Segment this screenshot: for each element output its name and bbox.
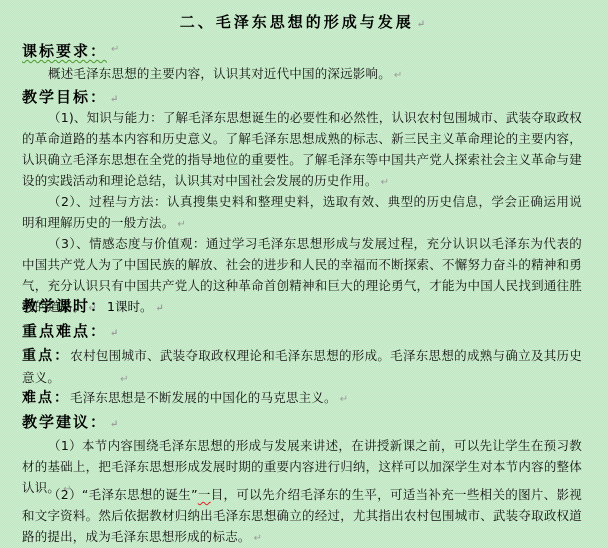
paragraph-mark-icon: ↵ <box>110 94 120 105</box>
document-page: 二、毛泽东思想的形成与发展↵ 课标要求： ↵ 概述毛泽东思想的主要内容，认识其对… <box>0 0 608 548</box>
objective-text: （2）、过程与方法：认真搜集史料和整理史料，选取有效、典型的历史信息，学会正确运… <box>22 194 582 230</box>
document-title: 二、毛泽东思想的形成与发展↵ <box>0 11 608 32</box>
paragraph-mark-icon: ↵ <box>120 374 129 385</box>
curriculum-text-content: 概述毛泽东思想的主要内容，认识其对近代中国的深远影响。 <box>48 66 391 81</box>
focus-text: 农村包围城市、武装夺取政权理论和毛泽东思想的形成。毛泽东思想的成熟与确立及其历史… <box>22 348 582 385</box>
suggestions-heading-text: 教学建议： <box>22 413 107 431</box>
paragraph-mark-icon: ↵ <box>155 303 165 314</box>
curriculum-text: 概述毛泽东思想的主要内容，认识其对近代中国的深远影响。↵ <box>22 63 582 86</box>
paragraph-mark-icon: ↵ <box>254 533 263 544</box>
suggestion-item-2: （2）“毛泽东思想的诞生”一目，可以先介绍毛泽东的生平，可适当补充一些相关的图片… <box>22 484 582 548</box>
objective-text: （1)、知识与能力：了解毛泽东思想诞生的必要性和必然性，认识农村包围城市、武装夺… <box>22 110 582 188</box>
focus-paragraph: 重点：农村包围城市、武装夺取政权理论和毛泽东思想的形成。毛泽东思想的成熟与确立及… <box>22 345 582 390</box>
objectives-heading: 教学目标：↵ <box>22 86 120 107</box>
focus-label: 重点： <box>22 348 70 364</box>
spellcheck-marked-text: 一 <box>198 487 211 502</box>
hours-row: 教学课时：1课时。↵ <box>22 295 166 316</box>
title-text: 二、毛泽东思想的形成与发展 <box>180 13 414 31</box>
objective-item-process: （2）、过程与方法：认真搜集史料和整理史料，选取有效、典型的历史信息，学会正确运… <box>22 191 582 235</box>
paragraph-mark-icon: ↵ <box>110 328 120 339</box>
paragraph-mark-icon: ↵ <box>381 177 390 188</box>
paragraph-mark-icon: ↵ <box>110 419 120 430</box>
difficulty-label: 难点： <box>22 390 70 406</box>
paragraph-mark-icon: ↵ <box>111 44 119 55</box>
paragraph-mark-icon: ↵ <box>177 219 186 230</box>
difficulty-text: 毛泽东思想是不断发展的中国化的马克思主义。 <box>70 390 337 405</box>
objective-item-knowledge: （1)、知识与能力：了解毛泽东思想诞生的必要性和必然性，认识农村包围城市、武装夺… <box>22 107 582 193</box>
curriculum-heading-text: 课标要求： <box>22 42 107 60</box>
hours-text: 1课时。 <box>107 299 152 314</box>
suggestion-text-prefix: （2）“毛泽东思想的诞生” <box>48 487 198 502</box>
key-points-heading: 重点难点：↵ <box>22 320 120 341</box>
hours-heading: 教学课时： <box>22 297 107 315</box>
paragraph-mark-icon: ↵ <box>340 394 349 405</box>
key-points-heading-text: 重点难点： <box>22 322 107 340</box>
curriculum-heading: 课标要求： <box>22 40 107 61</box>
objectives-heading-text: 教学目标： <box>22 88 107 106</box>
paragraph-mark-icon: ↵ <box>394 70 403 81</box>
paragraph-mark-icon: ↵ <box>417 19 428 30</box>
suggestions-heading: 教学建议：↵ <box>22 411 120 432</box>
difficulty-paragraph: 难点：毛泽东思想是不断发展的中国化的马克思主义。↵ <box>22 387 582 410</box>
